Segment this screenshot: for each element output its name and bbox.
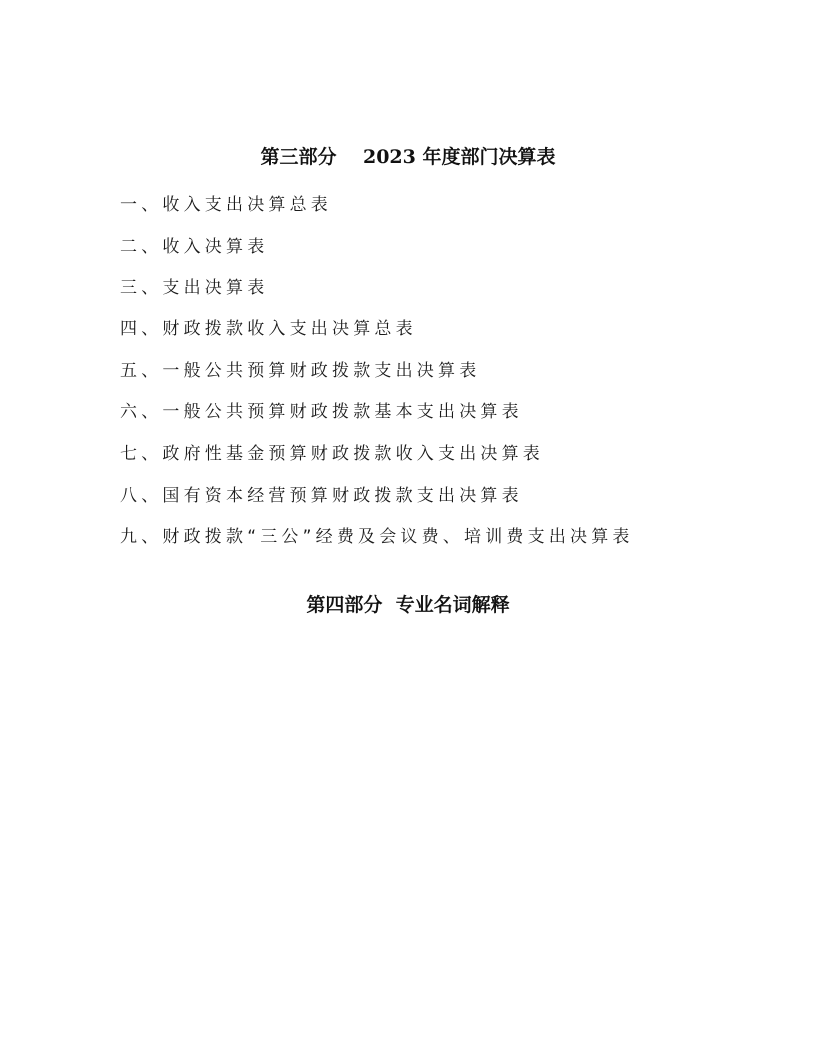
toc-item-5: 五、一般公共预算财政拨款支出决算表	[120, 356, 480, 381]
toc-item-3: 三、支出决算表	[120, 273, 268, 298]
part4-heading: 第四部分 专业名词解释	[0, 590, 816, 617]
toc-item-2: 二、收入决算表	[120, 232, 268, 257]
toc-item-4: 四、财政拨款收入支出决算总表	[120, 314, 417, 339]
toc-item-1: 一、收入支出决算总表	[120, 190, 332, 215]
toc-item-7: 七、政府性基金预算财政拨款收入支出决算表	[120, 439, 544, 464]
toc-item-6: 六、一般公共预算财政拨款基本支出决算表	[120, 397, 523, 422]
part3-heading: 第三部分 2023 年度部门决算表	[0, 142, 816, 169]
toc-item-8: 八、国有资本经营预算财政拨款支出决算表	[120, 481, 523, 506]
toc-item-9: 九、财政拨款“三公”经费及会议费、培训费支出决算表	[120, 522, 634, 547]
